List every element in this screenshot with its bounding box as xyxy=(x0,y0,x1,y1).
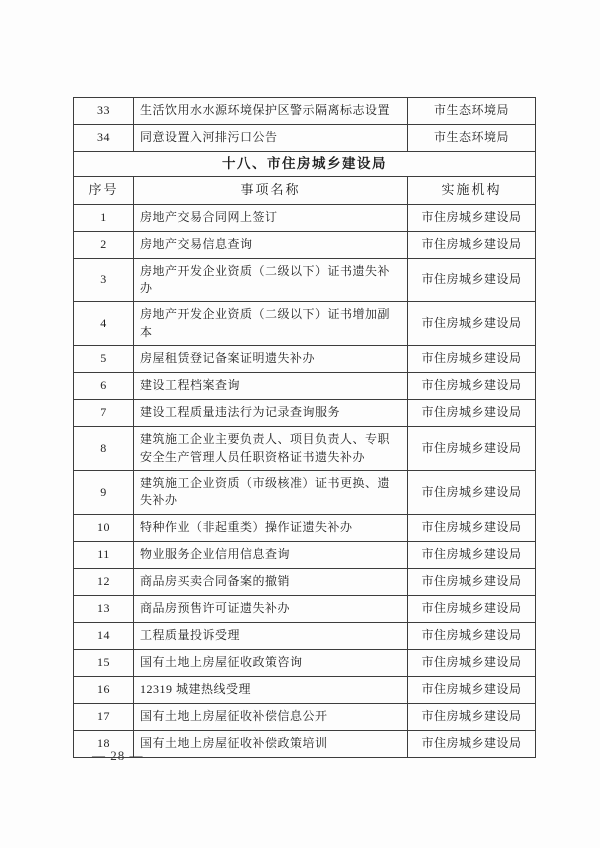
row-number: 1 xyxy=(74,204,134,231)
row-number: 34 xyxy=(74,125,134,152)
row-number: 3 xyxy=(74,258,134,302)
page-number: — 28 — xyxy=(92,748,144,764)
row-number: 12 xyxy=(74,568,134,595)
row-item-name: 建筑施工企业资质（市级核准）证书更换、遗失补办 xyxy=(134,470,408,514)
row-agency: 市住房城乡建设局 xyxy=(408,568,536,595)
services-table: 33 生活饮用水水源环境保护区警示隔离标志设置 市生态环境局 34 同意设置入河… xyxy=(73,97,536,758)
row-agency: 市住房城乡建设局 xyxy=(408,302,536,346)
document-page: 33 生活饮用水水源环境保护区警示隔离标志设置 市生态环境局 34 同意设置入河… xyxy=(0,0,600,848)
row-agency: 市住房城乡建设局 xyxy=(408,649,536,676)
row-agency: 市住房城乡建设局 xyxy=(408,427,536,471)
row-number: 10 xyxy=(74,514,134,541)
row-agency: 市生态环境局 xyxy=(408,98,536,125)
row-item-name: 物业服务企业信用信息查询 xyxy=(134,541,408,568)
table-row: 3 房地产开发企业资质（二级以下）证书遗失补办 市住房城乡建设局 xyxy=(74,258,536,302)
row-item-name: 房地产开发企业资质（二级以下）证书遗失补办 xyxy=(134,258,408,302)
row-agency: 市住房城乡建设局 xyxy=(408,514,536,541)
row-agency: 市住房城乡建设局 xyxy=(408,258,536,302)
row-agency: 市住房城乡建设局 xyxy=(408,400,536,427)
table-row: 12 商品房买卖合同备案的撤销 市住房城乡建设局 xyxy=(74,568,536,595)
table-row: 16 12319 城建热线受理 市住房城乡建设局 xyxy=(74,676,536,703)
row-number: 6 xyxy=(74,373,134,400)
row-number: 13 xyxy=(74,595,134,622)
table-row: 1 房地产交易合同网上签订 市住房城乡建设局 xyxy=(74,204,536,231)
section-and-header-body: 十八、市住房城乡建设局 序号 事项名称 实施机构 xyxy=(74,152,536,205)
row-number: 11 xyxy=(74,541,134,568)
row-agency: 市住房城乡建设局 xyxy=(408,541,536,568)
row-item-name: 国有土地上房屋征收政策咨询 xyxy=(134,649,408,676)
table-row: 10 特种作业（非起重类）操作证遗失补办 市住房城乡建设局 xyxy=(74,514,536,541)
row-number: 4 xyxy=(74,302,134,346)
table-row: 2 房地产交易信息查询 市住房城乡建设局 xyxy=(74,231,536,258)
row-agency: 市住房城乡建设局 xyxy=(408,595,536,622)
row-number: 5 xyxy=(74,346,134,373)
table-row: 8 建筑施工企业主要负责人、项目负责人、专职安全生产管理人员任职资格证书遗失补办… xyxy=(74,427,536,471)
row-agency: 市住房城乡建设局 xyxy=(408,346,536,373)
row-item-name: 房地产开发企业资质（二级以下）证书增加副本 xyxy=(134,302,408,346)
row-item-name: 工程质量投诉受理 xyxy=(134,622,408,649)
row-agency: 市住房城乡建设局 xyxy=(408,373,536,400)
row-number: 9 xyxy=(74,470,134,514)
column-header-item-name: 事项名称 xyxy=(134,176,408,204)
row-number: 14 xyxy=(74,622,134,649)
table-row: 34 同意设置入河排污口公告 市生态环境局 xyxy=(74,125,536,152)
table-row: 14 工程质量投诉受理 市住房城乡建设局 xyxy=(74,622,536,649)
row-item-name: 商品房买卖合同备案的撤销 xyxy=(134,568,408,595)
row-item-name: 同意设置入河排污口公告 xyxy=(134,125,408,152)
row-number: 33 xyxy=(74,98,134,125)
row-item-name: 房屋租赁登记备案证明遗失补办 xyxy=(134,346,408,373)
table-row: 4 房地产开发企业资质（二级以下）证书增加副本 市住房城乡建设局 xyxy=(74,302,536,346)
previous-section-rows-body: 33 生活饮用水水源环境保护区警示隔离标志设置 市生态环境局 34 同意设置入河… xyxy=(74,98,536,152)
row-agency: 市住房城乡建设局 xyxy=(408,676,536,703)
row-agency: 市住房城乡建设局 xyxy=(408,622,536,649)
row-number: 7 xyxy=(74,400,134,427)
row-item-name: 房地产交易合同网上签订 xyxy=(134,204,408,231)
row-item-name: 商品房预售许可证遗失补办 xyxy=(134,595,408,622)
row-item-name: 建设工程质量违法行为记录查询服务 xyxy=(134,400,408,427)
row-item-name: 国有土地上房屋征收补偿政策培训 xyxy=(134,730,408,757)
main-rows-body: 1 房地产交易合同网上签订 市住房城乡建设局 2 房地产交易信息查询 市住房城乡… xyxy=(74,204,536,757)
row-number: 16 xyxy=(74,676,134,703)
table-row: 33 生活饮用水水源环境保护区警示隔离标志设置 市生态环境局 xyxy=(74,98,536,125)
section-title: 十八、市住房城乡建设局 xyxy=(74,152,536,177)
row-agency: 市住房城乡建设局 xyxy=(408,470,536,514)
table-row: 6 建设工程档案查询 市住房城乡建设局 xyxy=(74,373,536,400)
table-row: 5 房屋租赁登记备案证明遗失补办 市住房城乡建设局 xyxy=(74,346,536,373)
row-number: 2 xyxy=(74,231,134,258)
row-agency: 市住房城乡建设局 xyxy=(408,231,536,258)
row-agency: 市住房城乡建设局 xyxy=(408,730,536,757)
row-number: 15 xyxy=(74,649,134,676)
row-number: 8 xyxy=(74,427,134,471)
row-item-name: 生活饮用水水源环境保护区警示隔离标志设置 xyxy=(134,98,408,125)
row-item-name: 建设工程档案查询 xyxy=(134,373,408,400)
row-item-name: 12319 城建热线受理 xyxy=(134,676,408,703)
row-item-name: 房地产交易信息查询 xyxy=(134,231,408,258)
table-row: 11 物业服务企业信用信息查询 市住房城乡建设局 xyxy=(74,541,536,568)
column-header-row: 序号 事项名称 实施机构 xyxy=(74,176,536,204)
table-row: 15 国有土地上房屋征收政策咨询 市住房城乡建设局 xyxy=(74,649,536,676)
column-header-agency: 实施机构 xyxy=(408,176,536,204)
row-agency: 市生态环境局 xyxy=(408,125,536,152)
row-agency: 市住房城乡建设局 xyxy=(408,204,536,231)
row-item-name: 建筑施工企业主要负责人、项目负责人、专职安全生产管理人员任职资格证书遗失补办 xyxy=(134,427,408,471)
table-row: 13 商品房预售许可证遗失补办 市住房城乡建设局 xyxy=(74,595,536,622)
table-row: 17 国有土地上房屋征收补偿信息公开 市住房城乡建设局 xyxy=(74,703,536,730)
row-item-name: 特种作业（非起重类）操作证遗失补办 xyxy=(134,514,408,541)
row-item-name: 国有土地上房屋征收补偿信息公开 xyxy=(134,703,408,730)
section-header-row: 十八、市住房城乡建设局 xyxy=(74,152,536,177)
row-agency: 市住房城乡建设局 xyxy=(408,703,536,730)
column-header-no: 序号 xyxy=(74,176,134,204)
table-row: 7 建设工程质量违法行为记录查询服务 市住房城乡建设局 xyxy=(74,400,536,427)
table-row: 9 建筑施工企业资质（市级核准）证书更换、遗失补办 市住房城乡建设局 xyxy=(74,470,536,514)
row-number: 17 xyxy=(74,703,134,730)
